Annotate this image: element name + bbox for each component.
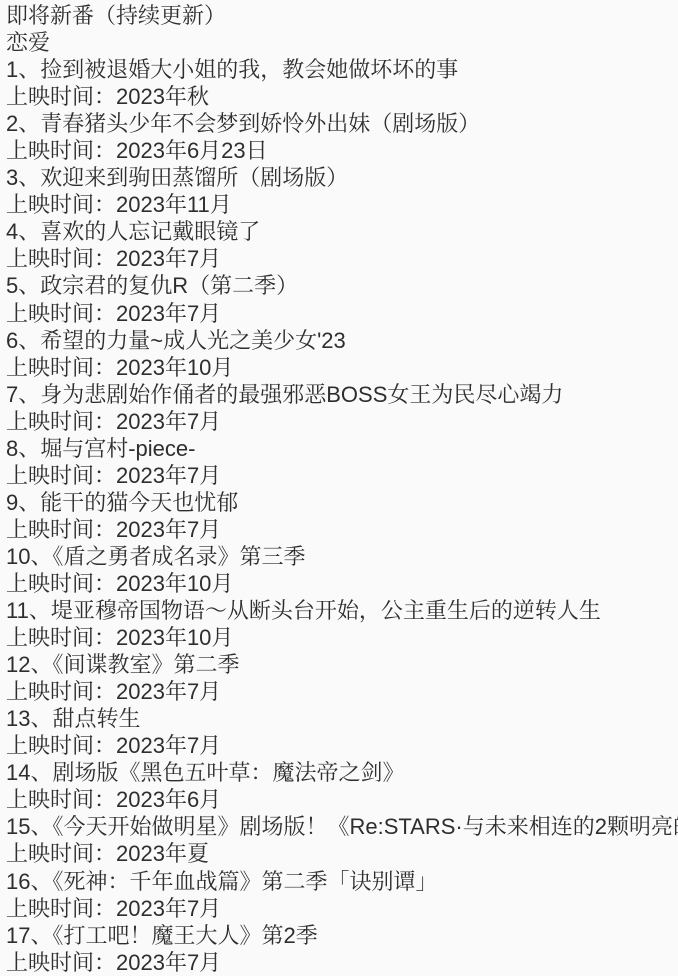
anime-list-item: 11、堤亚穆帝国物语～从断头台开始，公主重生后的逆转人生 上映时间：2023年1… xyxy=(6,597,678,651)
new-anime-list-page: 即将新番（持续更新） 恋爱 1、捡到被退婚大小姐的我，教会她做坏坏的事 上映时间… xyxy=(0,0,678,976)
anime-title-line: 13、甜点转生 xyxy=(6,705,678,732)
release-date-line: 上映时间：2023年7月 xyxy=(6,408,678,435)
category-label: 恋爱 xyxy=(6,29,678,56)
anime-list-item: 3、欢迎来到驹田蒸馏所（剧场版） 上映时间：2023年11月 xyxy=(6,164,678,218)
anime-title-line: 3、欢迎来到驹田蒸馏所（剧场版） xyxy=(6,164,678,191)
release-date-line: 上映时间：2023年7月 xyxy=(6,678,678,705)
anime-title-line: 12、《间谍教室》第二季 xyxy=(6,651,678,678)
anime-title-line: 8、堀与宫村-piece- xyxy=(6,435,678,462)
anime-title-line: 15、《今天开始做明星》剧场版！《Re:STARS·与未来相连的2颗明亮的星星》 xyxy=(6,813,678,840)
anime-title-line: 5、政宗君的复仇R（第二季） xyxy=(6,272,678,299)
anime-title-line: 6、希望的力量~成人光之美少女'23 xyxy=(6,327,678,354)
page-title: 即将新番（持续更新） xyxy=(6,2,678,29)
anime-title-line: 17、《打工吧！魔王大人》第2季 xyxy=(6,922,678,949)
anime-title-line: 4、喜欢的人忘记戴眼镜了 xyxy=(6,218,678,245)
release-date-line: 上映时间：2023年秋 xyxy=(6,83,678,110)
release-date-line: 上映时间：2023年7月 xyxy=(6,895,678,922)
anime-list-item: 5、政宗君的复仇R（第二季） 上映时间：2023年7月 xyxy=(6,272,678,326)
anime-list: 1、捡到被退婚大小姐的我，教会她做坏坏的事 上映时间：2023年秋 2、青春猪头… xyxy=(6,56,678,976)
release-date-line: 上映时间：2023年7月 xyxy=(6,462,678,489)
release-date-line: 上映时间：2023年11月 xyxy=(6,191,678,218)
release-date-line: 上映时间：2023年夏 xyxy=(6,840,678,867)
release-date-line: 上映时间：2023年6月 xyxy=(6,786,678,813)
anime-title-line: 1、捡到被退婚大小姐的我，教会她做坏坏的事 xyxy=(6,56,678,83)
anime-title-line: 11、堤亚穆帝国物语～从断头台开始，公主重生后的逆转人生 xyxy=(6,597,678,624)
release-date-line: 上映时间：2023年7月 xyxy=(6,516,678,543)
release-date-line: 上映时间：2023年10月 xyxy=(6,570,678,597)
anime-list-item: 12、《间谍教室》第二季 上映时间：2023年7月 xyxy=(6,651,678,705)
release-date-line: 上映时间：2023年7月 xyxy=(6,300,678,327)
anime-title-line: 10、《盾之勇者成名录》第三季 xyxy=(6,543,678,570)
anime-title-line: 7、身为悲剧始作俑者的最强邪恶BOSS女王为民尽心竭力 xyxy=(6,381,678,408)
anime-list-item: 15、《今天开始做明星》剧场版！《Re:STARS·与未来相连的2颗明亮的星星》… xyxy=(6,813,678,867)
release-date-line: 上映时间：2023年10月 xyxy=(6,354,678,381)
release-date-line: 上映时间：2023年10月 xyxy=(6,624,678,651)
anime-list-item: 6、希望的力量~成人光之美少女'23 上映时间：2023年10月 xyxy=(6,327,678,381)
anime-list-item: 7、身为悲剧始作俑者的最强邪恶BOSS女王为民尽心竭力 上映时间：2023年7月 xyxy=(6,381,678,435)
anime-title-line: 2、青春猪头少年不会梦到娇怜外出妹（剧场版） xyxy=(6,110,678,137)
release-date-line: 上映时间：2023年6月23日 xyxy=(6,137,678,164)
anime-list-item: 16、《死神：千年血战篇》第二季「诀别谭」 上映时间：2023年7月 xyxy=(6,868,678,922)
anime-list-item: 17、《打工吧！魔王大人》第2季 上映时间：2023年7月 xyxy=(6,922,678,976)
anime-list-item: 13、甜点转生 上映时间：2023年7月 xyxy=(6,705,678,759)
anime-title-line: 16、《死神：千年血战篇》第二季「诀别谭」 xyxy=(6,868,678,895)
anime-list-item: 14、剧场版《黑色五叶草：魔法帝之剑》 上映时间：2023年6月 xyxy=(6,759,678,813)
anime-list-item: 9、能干的猫今天也忧郁 上映时间：2023年7月 xyxy=(6,489,678,543)
anime-title-line: 9、能干的猫今天也忧郁 xyxy=(6,489,678,516)
anime-list-item: 1、捡到被退婚大小姐的我，教会她做坏坏的事 上映时间：2023年秋 xyxy=(6,56,678,110)
anime-title-line: 14、剧场版《黑色五叶草：魔法帝之剑》 xyxy=(6,759,678,786)
anime-list-item: 10、《盾之勇者成名录》第三季 上映时间：2023年10月 xyxy=(6,543,678,597)
release-date-line: 上映时间：2023年7月 xyxy=(6,949,678,976)
release-date-line: 上映时间：2023年7月 xyxy=(6,732,678,759)
release-date-line: 上映时间：2023年7月 xyxy=(6,245,678,272)
anime-list-item: 8、堀与宫村-piece- 上映时间：2023年7月 xyxy=(6,435,678,489)
anime-list-item: 4、喜欢的人忘记戴眼镜了 上映时间：2023年7月 xyxy=(6,218,678,272)
anime-list-item: 2、青春猪头少年不会梦到娇怜外出妹（剧场版） 上映时间：2023年6月23日 xyxy=(6,110,678,164)
